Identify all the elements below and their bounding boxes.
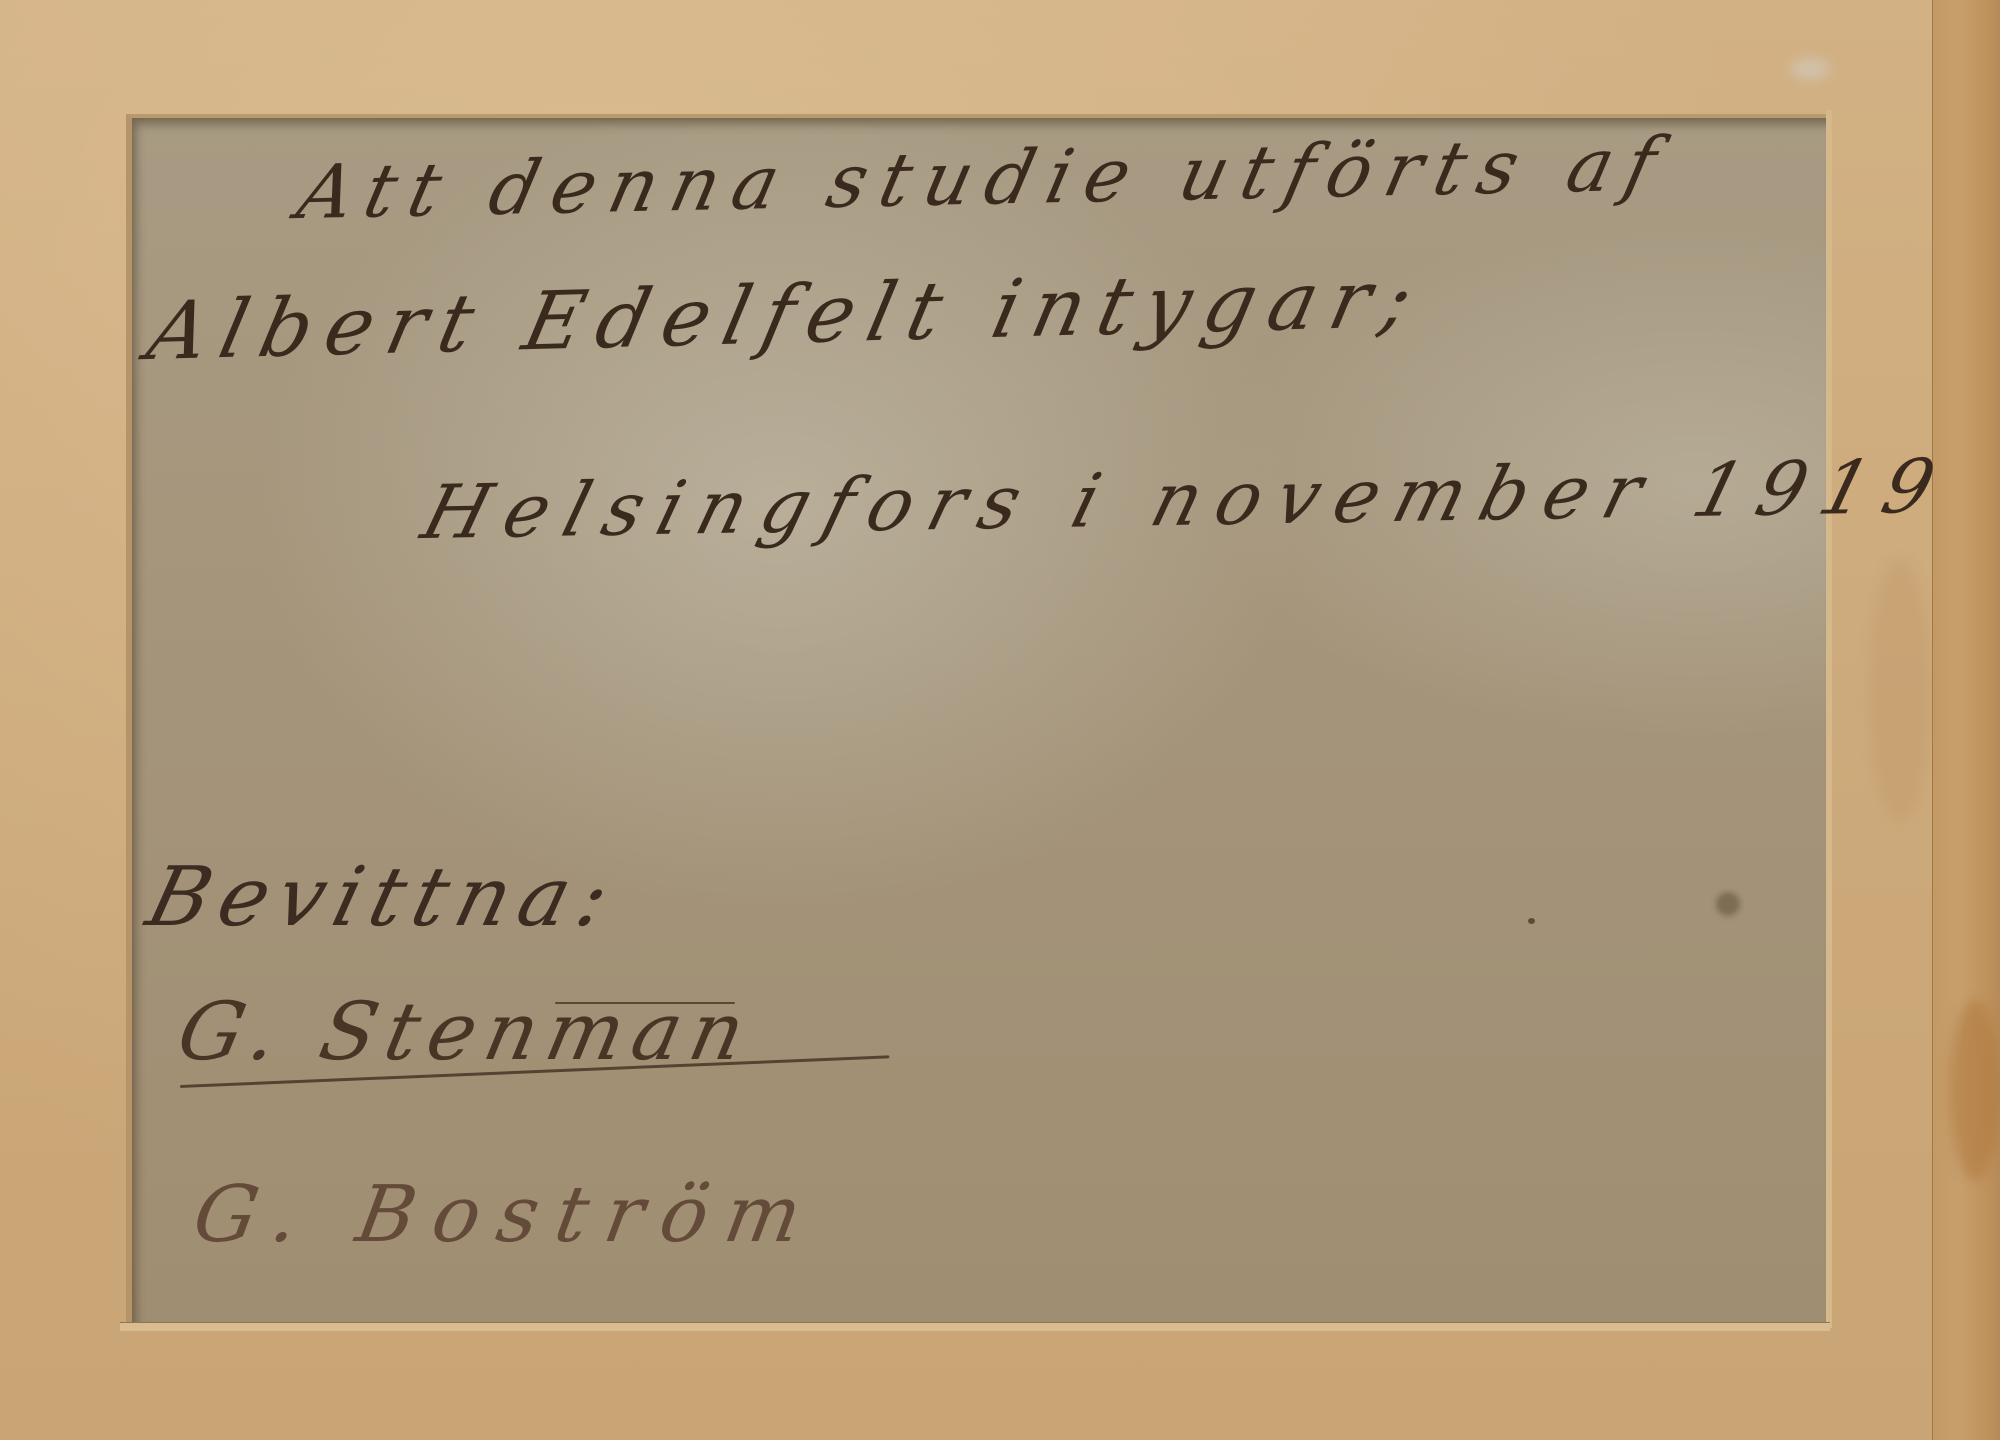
witness-label: Bevittna: [138,850,628,945]
backing-board-edge [1932,0,2000,1440]
mat-frame: Att denna studie utförts af Albert Edelf… [0,0,2000,1440]
paper-spot [1528,918,1535,924]
witness-signature-2: G. Boström [187,1170,826,1260]
mat-stain [1790,58,1830,80]
signature-flourish [555,1002,735,1004]
paper-spot [1716,892,1740,916]
mat-bevel-bottom [120,1322,1830,1331]
mat-stain [1870,560,1930,820]
mat-bevel-right [1826,110,1832,1328]
